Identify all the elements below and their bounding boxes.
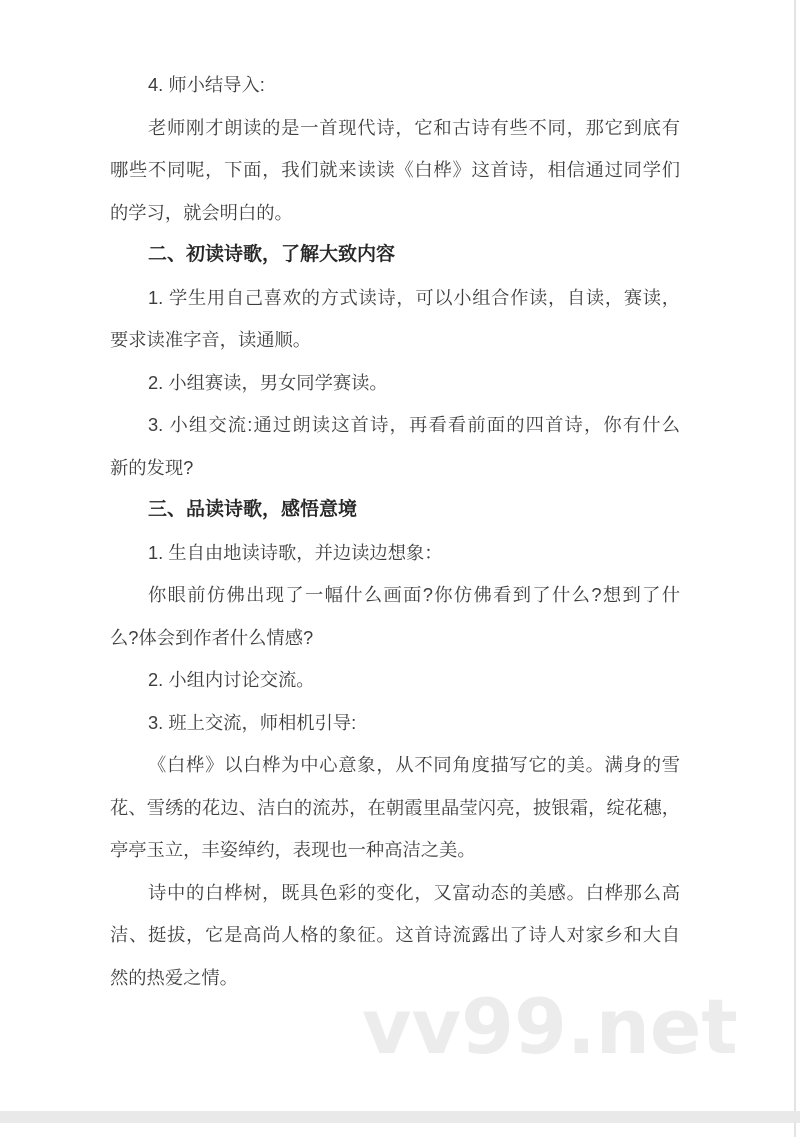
document-viewer: 4. 师小结导入:老师刚才朗读的是一首现代诗，它和古诗有些不同，那它到底有哪些不…	[0, 0, 800, 1137]
section-heading: 二、初读诗歌，了解大致内容	[110, 234, 680, 277]
text-line: 2. 小组内讨论交流。	[110, 659, 680, 702]
text-line: 3. 班上交流，师相机引导:	[110, 702, 680, 745]
text-line: 哪些不同呢，下面，我们就来读读《白桦》这首诗，相信通过同学们	[110, 149, 680, 192]
text-line: 的学习，就会明白的。	[110, 192, 680, 235]
text-line: 诗中的白桦树，既具色彩的变化，又富动态的美感。白桦那么高	[110, 872, 680, 915]
text-line: 老师刚才朗读的是一首现代诗，它和古诗有些不同，那它到底有	[110, 107, 680, 150]
page-gap-band	[0, 1111, 800, 1123]
watermark: vv99.net	[362, 992, 738, 1062]
text-line: 《白桦》以白桦为中心意象，从不同角度描写它的美。满身的雪	[110, 744, 680, 787]
text-line: 要求读准字音，读通顺。	[110, 319, 680, 362]
document-text: 4. 师小结导入:老师刚才朗读的是一首现代诗，它和古诗有些不同，那它到底有哪些不…	[110, 64, 680, 999]
text-line: 2. 小组赛读，男女同学赛读。	[110, 362, 680, 405]
text-line: 你眼前仿佛出现了一幅什么画面?你仿佛看到了什么?想到了什	[110, 574, 680, 617]
text-line: 3. 小组交流:通过朗读这首诗，再看看前面的四首诗，你有什么	[110, 404, 680, 447]
text-line: 1. 学生用自己喜欢的方式读诗，可以小组合作读，自读，赛读，	[110, 277, 680, 320]
document-page: 4. 师小结导入:老师刚才朗读的是一首现代诗，它和古诗有些不同，那它到底有哪些不…	[0, 0, 796, 1137]
text-line: 么?体会到作者什么情感?	[110, 617, 680, 660]
text-line: 花、雪绣的花边、洁白的流苏，在朝霞里晶莹闪亮，披银霜，绽花穗，	[110, 787, 680, 830]
text-line: 亭亭玉立，丰姿绰约，表现也一种高洁之美。	[110, 829, 680, 872]
text-line: 洁、挺拔，它是高尚人格的象征。这首诗流露出了诗人对家乡和大自	[110, 914, 680, 957]
text-line: 4. 师小结导入:	[110, 64, 680, 107]
section-heading: 三、品读诗歌，感悟意境	[110, 489, 680, 532]
text-line: 1. 生自由地读诗歌，并边读边想象：	[110, 532, 680, 575]
text-line: 新的发现?	[110, 447, 680, 490]
